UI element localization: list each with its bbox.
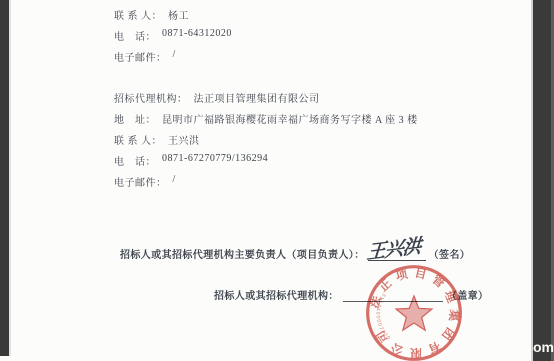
company-seal: 法正项目管理集团有限公司 3117400007770 [362,261,466,361]
signature-underline: 王兴洪 [368,247,426,261]
address-label: 地 址： [114,111,156,126]
signature-suffix: （签名） [429,246,471,261]
watermark-text: om [533,339,554,355]
star-icon [396,296,432,330]
agency-label: 招标代理机构： [114,90,188,105]
agency-contact-row: 联 系 人：王兴洪 [114,132,200,147]
email-label: 电子邮件： [114,49,167,64]
scanned-tender-document-page: 联 系 人：杨工 电 话：0871-64312020 电子邮件：/ 招标代理机构… [0,0,554,361]
contact-label: 联 系 人： [114,132,162,147]
phone-label: 电 话： [114,153,156,168]
agency-name: 法正项目管理集团有限公司 [194,90,320,105]
bidder-email-row: 电子邮件：/ [114,49,176,64]
bidder-contact-row: 联 系 人：杨工 [114,7,189,22]
signature-line-label: 招标人或其招标代理机构主要负责人（项目负责人）： [120,246,365,261]
agency-address-row: 地 址：昆明市广福路银海樱花雨幸福广场商务写字楼 A 座 3 楼 [114,111,418,126]
phone-label: 电 话： [114,28,156,43]
phone-value: 0871-64312020 [162,28,232,43]
scan-left-edge [0,0,11,356]
address-value: 昆明市广福路银海樱花雨幸福广场商务写字楼 A 座 3 楼 [162,111,418,126]
email-value: / [173,49,176,64]
agency-org-row: 招标代理机构：法正项目管理集团有限公司 [114,90,320,105]
bidder-phone-row: 电 话：0871-64312020 [114,28,232,43]
handwritten-signature: 王兴洪 [366,237,421,263]
email-label: 电子邮件： [114,174,167,189]
contact-value: 杨工 [168,7,189,22]
phone-value: 0871-67270779/136294 [162,153,268,168]
email-value: / [173,174,176,189]
agency-phone-row: 电 话：0871-67270779/136294 [114,153,268,168]
contact-label: 联 系 人： [114,7,162,22]
agency-email-row: 电子邮件：/ [114,174,176,189]
stamp-line-label: 招标人或其招标代理机构： [214,287,339,302]
contact-value: 王兴洪 [168,132,200,147]
principal-signature-line: 招标人或其招标代理机构主要负责人（项目负责人）： 王兴洪 （签名） [120,246,470,261]
